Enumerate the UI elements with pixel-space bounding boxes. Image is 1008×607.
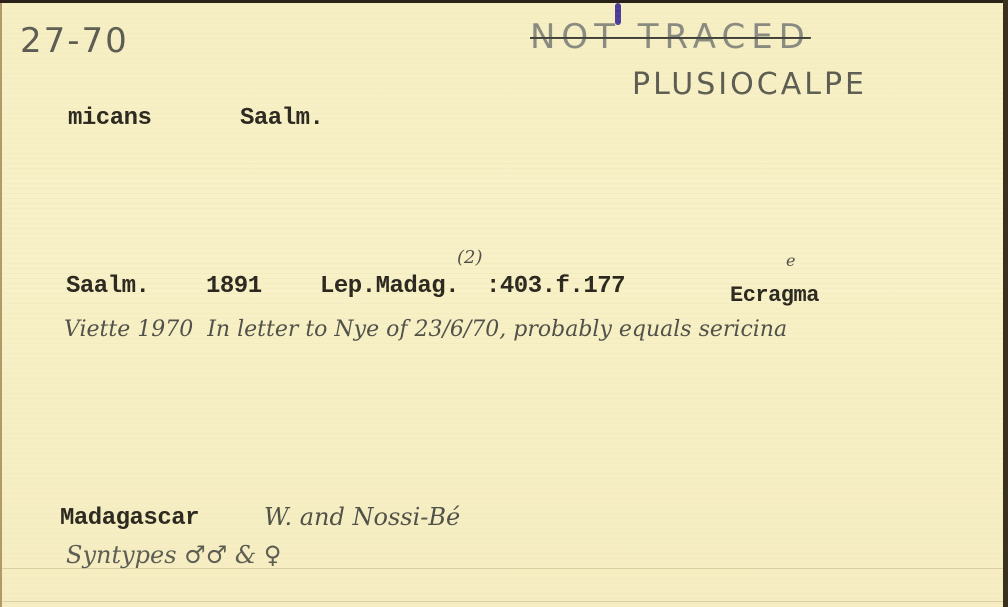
species-author: Saalm. — [240, 105, 323, 132]
locality-detail: W. and Nossi-Bé — [264, 503, 460, 531]
reference-number: 27-70 — [20, 21, 129, 61]
volume-insert: (2) — [457, 247, 483, 268]
card-edge-shadow — [1003, 0, 1008, 607]
card-rule-line — [2, 601, 1003, 602]
type-note: Syntypes ♂♂ & ♀ — [66, 541, 281, 569]
citation-publication: Lep.Madag. — [320, 273, 459, 300]
citation-page-plate: :403.f.177 — [486, 273, 625, 300]
species-name: micans — [68, 105, 151, 132]
annotation-note: Viette 1970 In letter to Nye of 23/6/70,… — [64, 317, 787, 342]
locality: Madagascar — [60, 505, 199, 532]
index-card: 27-70 NOT TRACED PLUSIOCALPE micans Saal… — [0, 3, 1003, 607]
genus-correction: e — [786, 251, 795, 270]
citation-year: 1891 — [206, 273, 262, 300]
citation-author: Saalm. — [66, 273, 149, 300]
struck-status-note: NOT TRACED — [530, 17, 811, 57]
genus-note: PLUSIOCALPE — [632, 67, 867, 102]
citation-genus: Ecragma — [730, 283, 819, 308]
